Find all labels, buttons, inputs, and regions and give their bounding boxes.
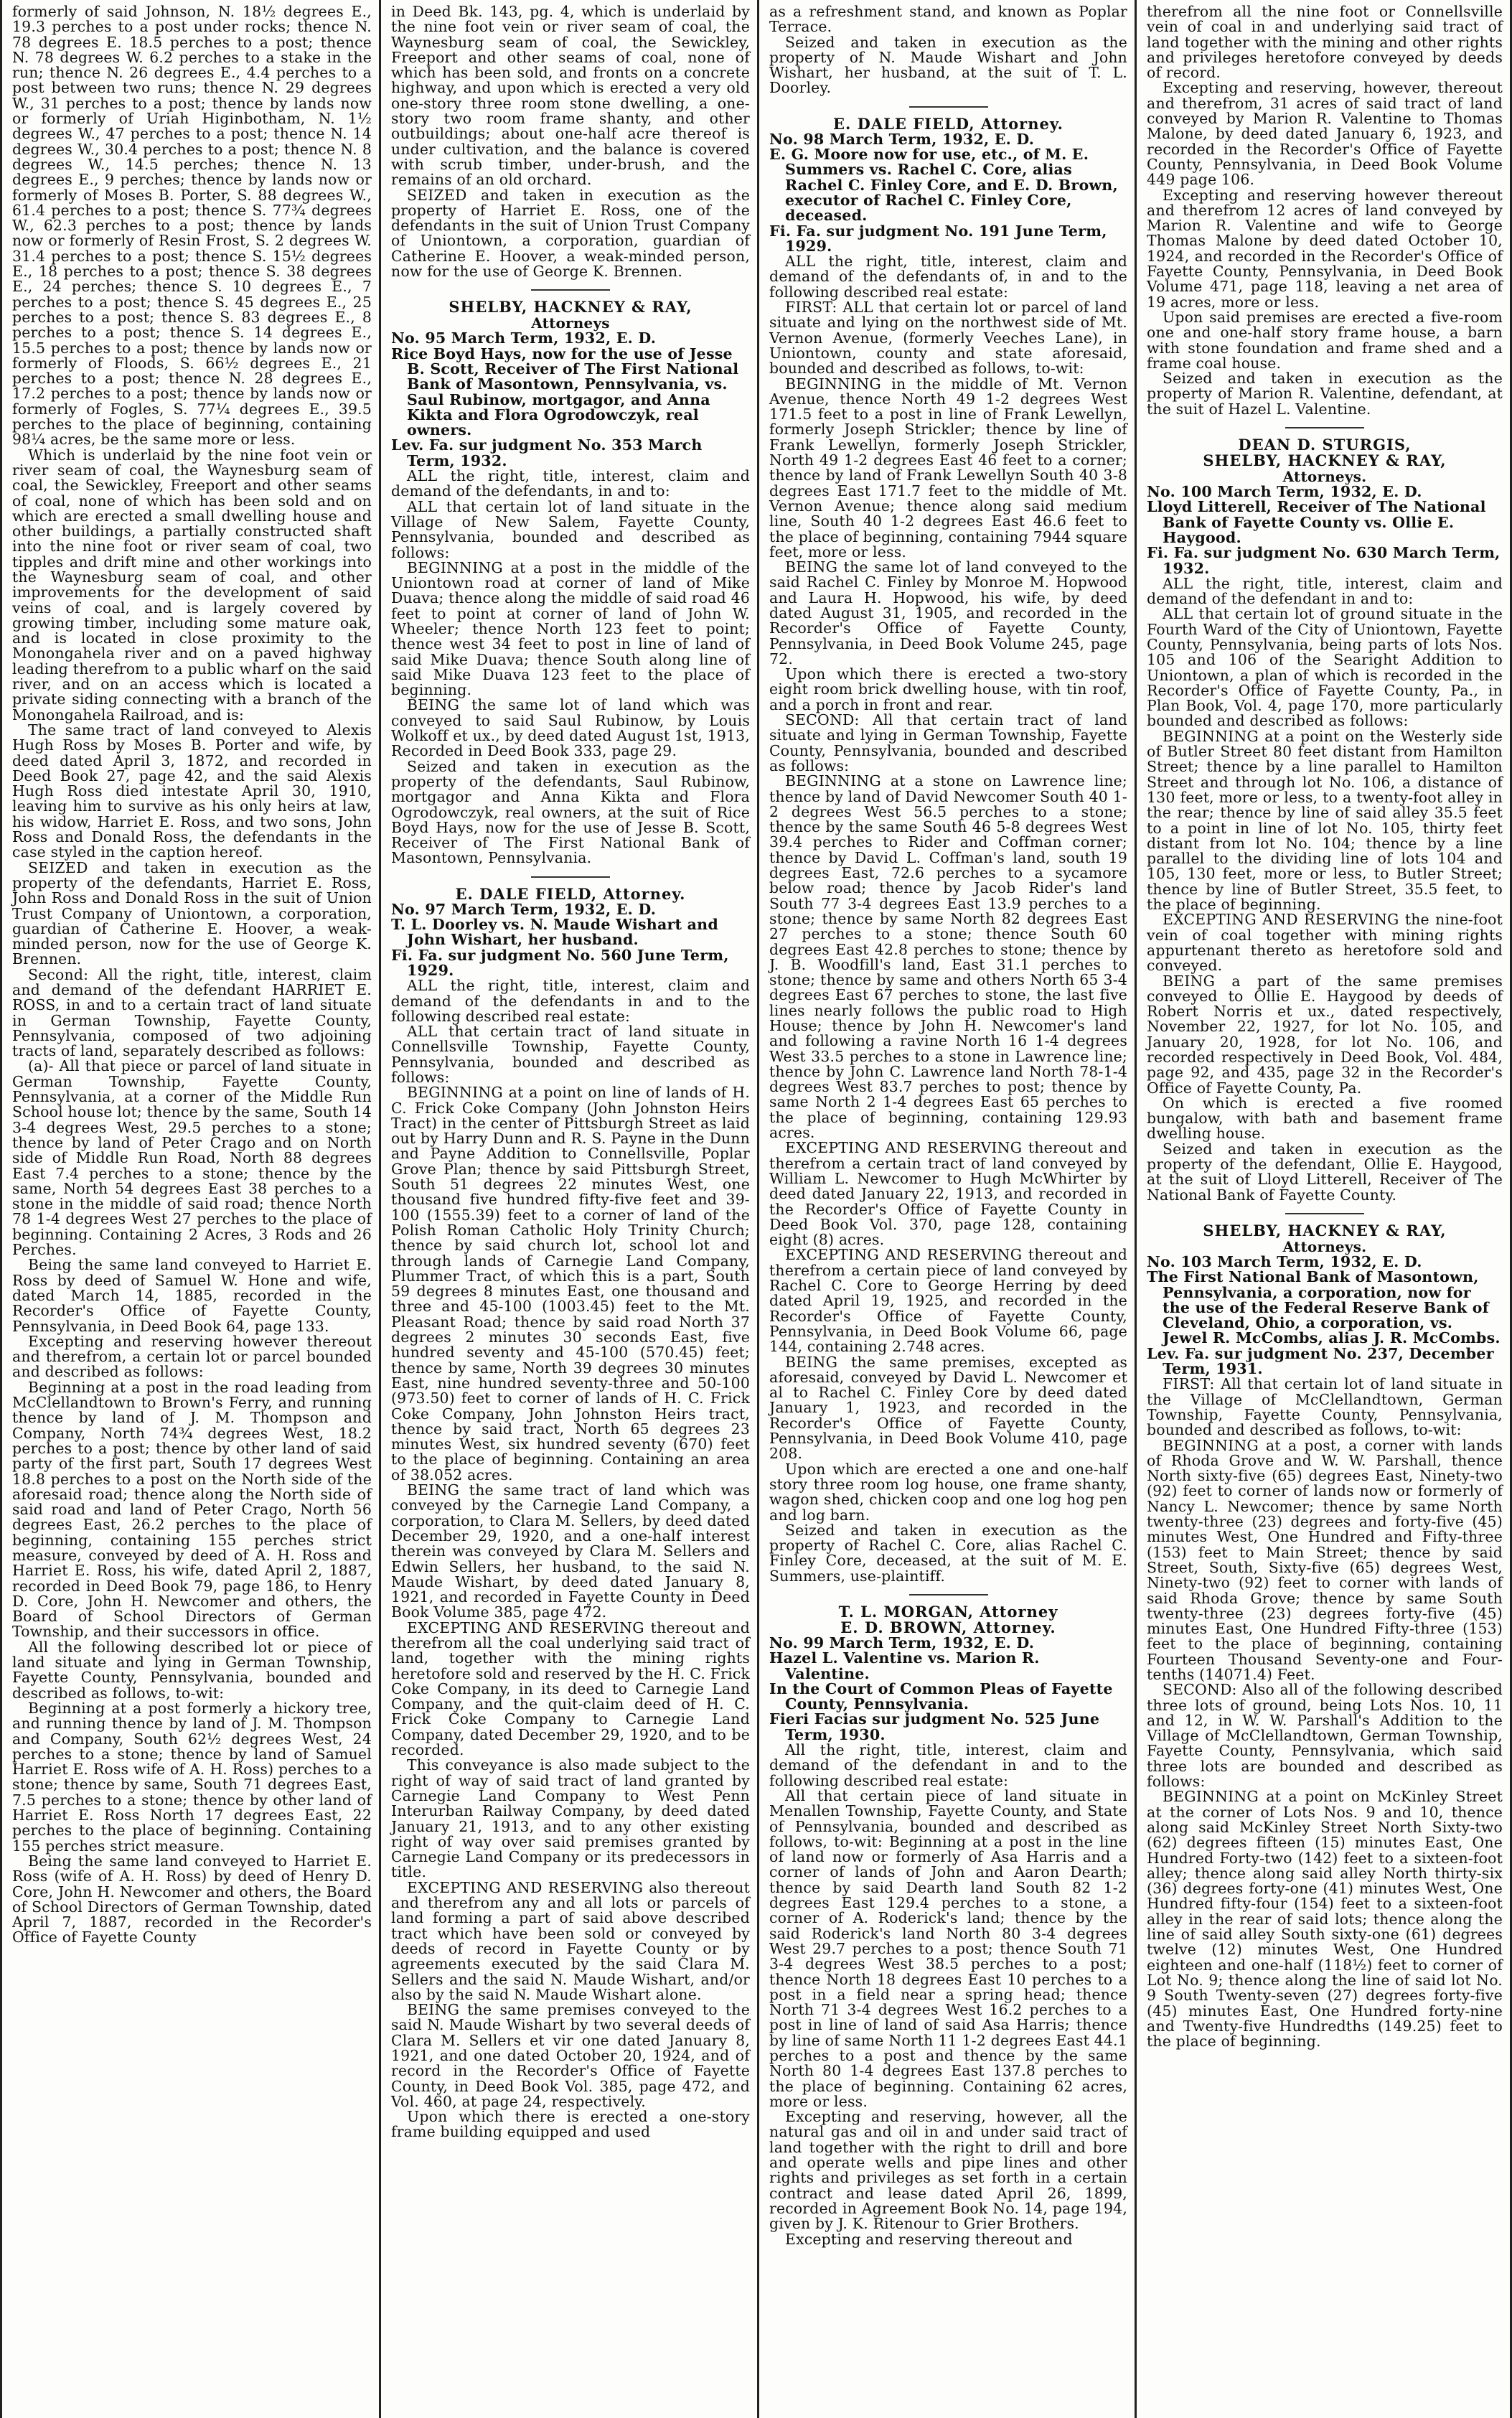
notice-paragraph: EXCEPTING AND RESERVING also thereout an… (391, 1880, 750, 2002)
notice-paragraph: SECOND: Also all of the following descri… (1147, 1682, 1503, 1789)
attorney-heading: SHELBY, HACKNEY & RAY, (391, 299, 750, 315)
case-caption: In the Court of Common Pleas of Fayette … (769, 1682, 1127, 1712)
notice-paragraph: Upon which are erected a one and one-hal… (769, 1462, 1127, 1523)
notice-paragraph: ALL that certain tract of land situate i… (391, 1024, 750, 1085)
notice-paragraph: BEGINNING at a point on McKinley Street … (1147, 1789, 1503, 2049)
notice-paragraph: Seized and taken in execution as the pro… (769, 1523, 1127, 1584)
notice-paragraph: BEING a part of the same premises convey… (1147, 974, 1503, 1096)
notice-paragraph: EXCEPTING AND RESERVING thereout and the… (769, 1140, 1127, 1247)
notice-paragraph: EXCEPTING AND RESERVING thereout and the… (391, 1621, 750, 1758)
notice-paragraph: FIRST: ALL that certain lot or parcel of… (769, 300, 1127, 376)
notice-paragraph: SEIZED and taken in execution as the pro… (391, 188, 750, 280)
notice-paragraph: FIRST: All that certain lot of land situ… (1147, 1377, 1503, 1438)
attorney-heading: T. L. MORGAN, Attorney (769, 1604, 1127, 1620)
notice-paragraph: formerly of said Johnson, N. 18½ degrees… (12, 4, 372, 448)
notice-paragraph: ALL that certain lot of ground situate i… (1147, 606, 1503, 728)
case-caption: No. 100 March Term, 1932, E. D. (1147, 484, 1503, 500)
case-caption: T. L. Doorley vs. N. Maude Wishart and J… (391, 917, 750, 948)
notice-paragraph: Excepting and reserving, however, all th… (769, 2109, 1127, 2231)
case-caption: No. 99 March Term, 1932, E. D. (769, 1636, 1127, 1651)
notice-paragraph: The same tract of land conveyed to Alexi… (12, 723, 372, 861)
notice-paragraph: Excepting and reserving however thereout… (1147, 188, 1503, 310)
case-caption: Fi. Fa. sur judgment No. 630 March Term,… (1147, 545, 1503, 576)
case-caption: No. 95 March Term, 1932, E. D. (391, 331, 750, 346)
notice-paragraph: therefrom all the nine foot or Connellsv… (1147, 4, 1503, 80)
case-caption: Lev. Fa. sur judgment No. 237, December … (1147, 1346, 1503, 1377)
attorney-subheading: Attorneys. (1147, 469, 1503, 484)
notice-paragraph: as a refreshment stand, and known as Pop… (769, 4, 1127, 35)
attorney-heading: E. DALE FIELD, Attorney. (769, 116, 1127, 132)
case-caption: No. 98 March Term, 1932, E. D. (769, 132, 1127, 147)
notice-paragraph: BEING the same tract of land which was c… (391, 1483, 750, 1621)
case-caption: Fi. Fa. sur judgment No. 560 June Term, … (391, 948, 750, 979)
notice-paragraph: Being the same land conveyed to Harriet … (12, 1854, 372, 1946)
notice-paragraph: This conveyance is also made subject to … (391, 1758, 750, 1880)
case-caption: Fieri Facias sur judgment No. 525 June T… (769, 1712, 1127, 1743)
notice-paragraph: All the following described lot or piece… (12, 1640, 372, 1701)
case-caption: Lloyd Litterell, Receiver of The Nationa… (1147, 500, 1503, 545)
notice-paragraph: BEGINNING at a post, a corner with lands… (1147, 1438, 1503, 1683)
case-caption: No. 97 March Term, 1932, E. D. (391, 902, 750, 917)
notice-paragraph: EXCEPTING AND RESERVING thereout and the… (769, 1247, 1127, 1354)
notice-paragraph: All that certain piece of land situate i… (769, 1789, 1127, 2109)
notice-paragraph: BEING the same premises, excepted as afo… (769, 1355, 1127, 1462)
notice-paragraph: Seized and taken in execution as the pro… (1147, 1142, 1503, 1203)
notice-paragraph: Seized and taken in execution as the pro… (769, 35, 1127, 96)
notice-paragraph: BEING the same lot of land which was con… (391, 698, 750, 759)
notice-paragraph: Which is underlaid by the nine foot vein… (12, 448, 372, 723)
notice-paragraph: ALL the right, title, interest, claim an… (769, 254, 1127, 300)
newspaper-page: formerly of said Johnson, N. 18½ degrees… (0, 0, 1512, 2418)
notice-paragraph: SEIZED and taken in execution as the pro… (12, 861, 372, 967)
case-caption: Fi. Fa. sur judgment No. 191 June Term, … (769, 224, 1127, 255)
column-4: therefrom all the nine foot or Connellsv… (1135, 0, 1512, 2418)
case-caption: E. G. Moore now for use, etc., of M. E. … (769, 147, 1127, 223)
case-caption: Lev. Fa. sur judgment No. 353 March Term… (391, 438, 750, 469)
attorney-heading: SHELBY, HACKNEY & RAY, (1147, 453, 1503, 469)
notice-paragraph: in Deed Bk. 143, pg. 4, which is underla… (391, 4, 750, 188)
notice-paragraph: Upon which there is erected a one-story … (391, 2109, 750, 2140)
notice-paragraph: Second: All the right, title, interest, … (12, 967, 372, 1059)
notice-paragraph: BEGINNING at a point on line of lands of… (391, 1085, 750, 1483)
notice-paragraph: Seized and taken in execution as the pro… (391, 759, 750, 866)
notice-paragraph: Seized and taken in execution as the pro… (1147, 371, 1503, 417)
section-divider (531, 876, 610, 878)
notice-paragraph: ALL the right, title, interest, claim an… (391, 469, 750, 500)
notice-paragraph: (a)- All that piece or parcel of land si… (12, 1059, 372, 1257)
notice-paragraph: ALL the right, title, interest, claim an… (391, 978, 750, 1024)
section-divider (909, 1594, 988, 1595)
notice-paragraph: All the right, title, interest, claim an… (769, 1743, 1127, 1789)
notice-paragraph: BEING the same lot of land conveyed to t… (769, 560, 1127, 667)
case-caption: Hazel L. Valentine vs. Marion R. Valenti… (769, 1651, 1127, 1682)
attorney-heading: SHELBY, HACKNEY & RAY, (1147, 1223, 1503, 1239)
notice-paragraph: Upon which there is erected a two-story … (769, 667, 1127, 713)
notice-paragraph: BEGINNING in the middle of Mt. Vernon Av… (769, 377, 1127, 561)
notice-paragraph: BEING the same premises conveyed to the … (391, 2002, 750, 2109)
notice-paragraph: ALL the right, title, interest, claim an… (1147, 576, 1503, 607)
column-1: formerly of said Johnson, N. 18½ degrees… (0, 0, 379, 2418)
attorney-heading: E. DALE FIELD, Attorney. (391, 886, 750, 902)
case-caption: No. 103 March Term, 1932, E. D. (1147, 1255, 1503, 1270)
notice-paragraph: Beginning at a post in the road leading … (12, 1380, 372, 1640)
notice-paragraph: BEGINNING at a point on the Westerly sid… (1147, 729, 1503, 913)
notice-paragraph: BEGINNING at a stone on Lawrence line; t… (769, 774, 1127, 1140)
section-divider (1285, 427, 1364, 428)
column-2: in Deed Bk. 143, pg. 4, which is underla… (379, 0, 757, 2418)
notice-paragraph: EXCEPTING AND RESERVING the nine-foot ve… (1147, 912, 1503, 973)
section-divider (1285, 1213, 1364, 1214)
attorney-heading: DEAN D. STURGIS, (1147, 437, 1503, 453)
notice-paragraph: Being the same land conveyed to Harriet … (12, 1257, 372, 1334)
section-divider (531, 289, 610, 291)
section-divider (909, 106, 988, 108)
notice-paragraph: BEGINNING at a post in the middle of the… (391, 561, 750, 698)
notice-paragraph: Excepting and reserving thereout and (769, 2232, 1127, 2247)
notice-paragraph: Excepting and reserving, however, thereo… (1147, 80, 1503, 187)
notice-paragraph: ALL that certain lot of land situate in … (391, 500, 750, 561)
case-caption: The First National Bank of Masontown, Pe… (1147, 1270, 1503, 1346)
attorney-subheading: Attorneys (391, 315, 750, 331)
case-caption: Rice Boyd Hays, now for the use of Jesse… (391, 347, 750, 439)
column-3: as a refreshment stand, and known as Pop… (757, 0, 1135, 2418)
notice-paragraph: SECOND: All that certain tract of land s… (769, 713, 1127, 774)
attorney-subheading: Attorneys. (1147, 1239, 1503, 1255)
notice-paragraph: Beginning at a post formerly a hickory t… (12, 1701, 372, 1854)
notice-paragraph: Excepting and reserving however thereout… (12, 1334, 372, 1380)
attorney-heading: E. D. BROWN, Attorney. (769, 1620, 1127, 1636)
notice-paragraph: Upon said premises are erected a five-ro… (1147, 310, 1503, 371)
notice-paragraph: On which is erected a five roomed bungal… (1147, 1096, 1503, 1142)
